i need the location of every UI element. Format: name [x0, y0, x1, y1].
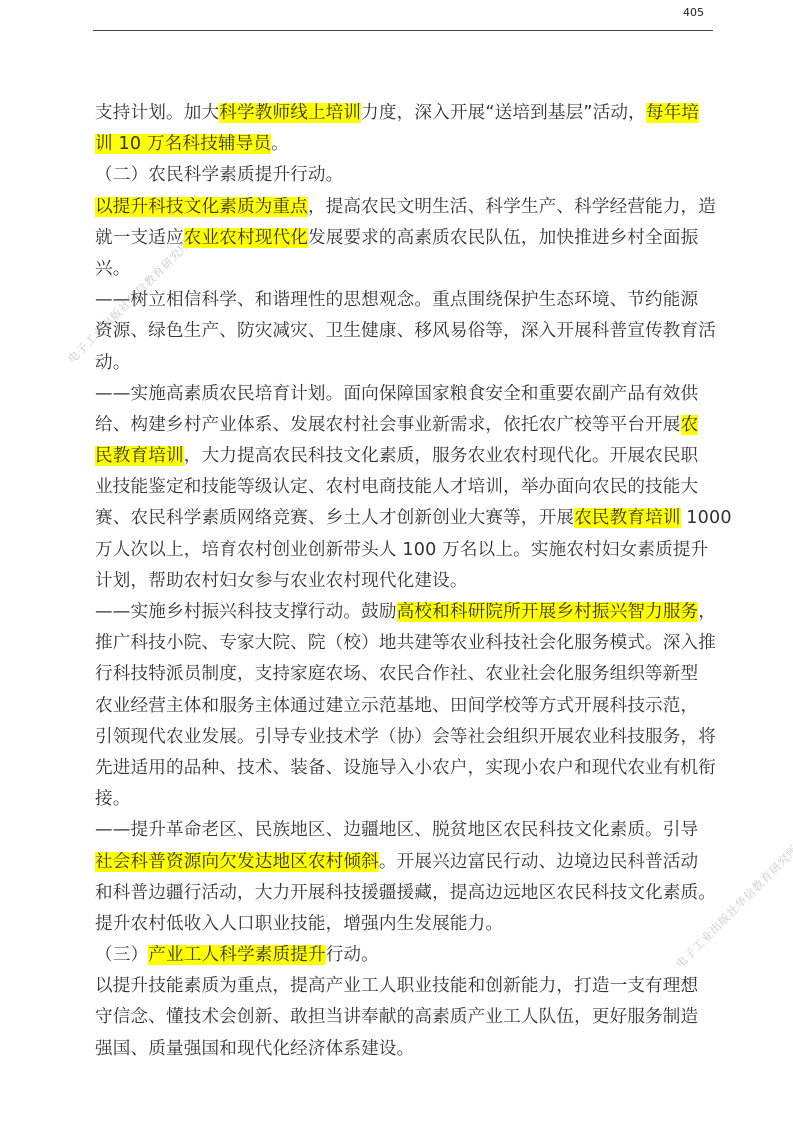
- text-segment: 赛、农民科学素质网络竞赛、乡土人才创新创业大赛等，开展: [95, 508, 574, 528]
- text-segment: ，提高农民文明生活、科学生产、科学经营能力，造: [308, 197, 716, 217]
- text-segment: （二）农民科学素质提升行动。: [95, 165, 343, 185]
- text-segment: 农业经营主体和服务主体通过建立示范基地、田间学校等方式开展科技示范，: [95, 696, 698, 716]
- text-line: 强国、质量强国和现代化经济体系建设。: [95, 1034, 715, 1065]
- text-segment: 万人次以上，培育农村创业创新带头人 100 万名以上。实施农村妇女素质提升: [95, 540, 708, 560]
- text-segment: 提升农村低收入人口职业技能，增强内生发展能力。: [95, 914, 503, 934]
- text-segment: 强国、质量强国和现代化经济体系建设。: [95, 1039, 414, 1059]
- text-line: 接。: [95, 784, 715, 815]
- text-line: 就一支适应农业农村现代化发展要求的高素质农民队伍，加快推进乡村全面振: [95, 223, 715, 254]
- text-segment: ，大力提高农民科技文化素质，服务农业农村现代化。开展农民职: [184, 446, 699, 466]
- text-line: 动。: [95, 348, 715, 379]
- highlighted-text: 高校和科研院所开展乡村振兴智力服务: [397, 602, 699, 622]
- text-segment: 动。: [95, 353, 131, 373]
- text-segment: 兴。: [95, 259, 131, 279]
- text-segment: 接。: [95, 789, 131, 809]
- text-segment: 就一支适应: [95, 228, 184, 248]
- text-line: 行科技特派员制度，支持家庭农场、农民合作社、农业社会化服务组织等新型: [95, 659, 715, 690]
- text-line: 万人次以上，培育农村创业创新带头人 100 万名以上。实施农村妇女素质提升: [95, 535, 715, 566]
- text-segment: 行动。: [326, 945, 379, 965]
- highlighted-text: 每年培: [646, 103, 699, 123]
- text-line: 引领现代农业发展。引导专业技术学（协）会等社会组织开展农业科技服务，将: [95, 722, 715, 753]
- text-segment: 力度，深入开展“送培到基层”活动，: [361, 103, 646, 123]
- text-line: 业技能鉴定和技能等级认定、农村电商技能人才培训，举办面向农民的技能大: [95, 472, 715, 503]
- document-body: 支持计划。加大科学教师线上培训力度，深入开展“送培到基层”活动，每年培训 10 …: [95, 98, 715, 1065]
- text-line: 守信念、懂技术会创新、敢担当讲奉献的高素质产业工人队伍，更好服务制造: [95, 1002, 715, 1033]
- highlighted-text: 社会科普资源向欠发达地区农村倾斜: [95, 852, 379, 872]
- text-line: 支持计划。加大科学教师线上培训力度，深入开展“送培到基层”活动，每年培: [95, 98, 715, 129]
- text-segment: 资源、绿色生产、防灾减灾、卫生健康、移风易俗等，深入开展科普宣传教育活: [95, 321, 716, 341]
- highlighted-text: 农民教育培训: [574, 508, 680, 528]
- text-line: 计划，帮助农村妇女参与农业农村现代化建设。: [95, 566, 715, 597]
- header-rule: [93, 30, 713, 31]
- text-segment: 和科普边疆行活动，大力开展科技援疆援藏，提高边远地区农民科技文化素质。: [95, 883, 716, 903]
- text-line: 农业经营主体和服务主体通过建立示范基地、田间学校等方式开展科技示范，: [95, 691, 715, 722]
- text-line: ——实施高素质农民培育计划。面向保障国家粮食安全和重要农副产品有效供: [95, 379, 715, 410]
- text-line: 兴。: [95, 254, 715, 285]
- text-line: ——实施乡村振兴科技支撑行动。鼓励高校和科研院所开展乡村振兴智力服务，: [95, 597, 715, 628]
- text-segment: 引领现代农业发展。引导专业技术学（协）会等社会组织开展农业科技服务，将: [95, 727, 716, 747]
- text-segment: 。: [271, 134, 289, 154]
- text-segment: 发展要求的高素质农民队伍，加快推进乡村全面振: [308, 228, 698, 248]
- page-number: 405: [683, 6, 704, 19]
- text-line: 先进适用的品种、技术、装备、设施导入小农户，实现小农户和现代农业有机衔: [95, 753, 715, 784]
- highlighted-text: 农: [681, 415, 699, 435]
- text-segment: ——实施乡村振兴科技支撑行动。鼓励: [95, 602, 397, 622]
- highlighted-text: 训 10 万名科技辅导员: [95, 134, 271, 154]
- highlighted-text: 民教育培训: [95, 446, 184, 466]
- text-segment: 以提升技能素质为重点，提高产业工人职业技能和创新能力，打造一支有理想: [95, 976, 698, 996]
- text-segment: ——实施高素质农民培育计划。面向保障国家粮食安全和重要农副产品有效供: [95, 384, 698, 404]
- text-segment: 1000: [681, 508, 732, 528]
- text-segment: 支持计划。加大: [95, 103, 219, 123]
- text-line: 提升农村低收入人口职业技能，增强内生发展能力。: [95, 909, 715, 940]
- highlighted-text: 产业工人科学素质提升: [148, 945, 325, 965]
- text-segment: 业技能鉴定和技能等级认定、农村电商技能人才培训，举办面向农民的技能大: [95, 477, 698, 497]
- text-line: 以提升科技文化素质为重点，提高农民文明生活、科学生产、科学经营能力，造: [95, 192, 715, 223]
- text-line: 民教育培训，大力提高农民科技文化素质，服务农业农村现代化。开展农民职: [95, 441, 715, 472]
- text-line: 赛、农民科学素质网络竞赛、乡土人才创新创业大赛等，开展农民教育培训 1000: [95, 503, 715, 534]
- text-line: 社会科普资源向欠发达地区农村倾斜。开展兴边富民行动、边境边民科普活动: [95, 847, 715, 878]
- text-segment: 行科技特派员制度，支持家庭农场、农民合作社、农业社会化服务组织等新型: [95, 664, 698, 684]
- text-segment: ，: [698, 602, 716, 622]
- text-segment: ——树立相信科学、和谐理性的思想观念。重点围绕保护生态环境、节约能源: [95, 290, 698, 310]
- text-segment: 守信念、懂技术会创新、敢担当讲奉献的高素质产业工人队伍，更好服务制造: [95, 1007, 698, 1027]
- text-line: ——树立相信科学、和谐理性的思想观念。重点围绕保护生态环境、节约能源: [95, 285, 715, 316]
- text-line: 以提升技能素质为重点，提高产业工人职业技能和创新能力，打造一支有理想: [95, 971, 715, 1002]
- text-line: （二）农民科学素质提升行动。: [95, 160, 715, 191]
- text-segment: 计划，帮助农村妇女参与农业农村现代化建设。: [95, 571, 468, 591]
- text-line: 和科普边疆行活动，大力开展科技援疆援藏，提高边远地区农民科技文化素质。: [95, 878, 715, 909]
- text-line: 训 10 万名科技辅导员。: [95, 129, 715, 160]
- text-line: 给、构建乡村产业体系、发展农村社会事业新需求，依托农广校等平台开展农: [95, 410, 715, 441]
- text-segment: 给、构建乡村产业体系、发展农村社会事业新需求，依托农广校等平台开展: [95, 415, 681, 435]
- text-line: （三）产业工人科学素质提升行动。: [95, 940, 715, 971]
- text-segment: ——提升革命老区、民族地区、边疆地区、脱贫地区农民科技文化素质。引导: [95, 820, 698, 840]
- highlighted-text: 以提升科技文化素质为重点: [95, 197, 308, 217]
- text-segment: 。开展兴边富民行动、边境边民科普活动: [379, 852, 698, 872]
- text-line: ——提升革命老区、民族地区、边疆地区、脱贫地区农民科技文化素质。引导: [95, 815, 715, 846]
- text-line: 推广科技小院、专家大院、院（校）地共建等农业科技社会化服务模式。深入推: [95, 628, 715, 659]
- highlighted-text: 农业农村现代化: [184, 228, 308, 248]
- text-segment: 推广科技小院、专家大院、院（校）地共建等农业科技社会化服务模式。深入推: [95, 633, 716, 653]
- text-segment: （三）: [95, 945, 148, 965]
- text-line: 资源、绿色生产、防灾减灾、卫生健康、移风易俗等，深入开展科普宣传教育活: [95, 316, 715, 347]
- text-segment: 先进适用的品种、技术、装备、设施导入小农户，实现小农户和现代农业有机衔: [95, 758, 716, 778]
- highlighted-text: 科学教师线上培训: [219, 103, 361, 123]
